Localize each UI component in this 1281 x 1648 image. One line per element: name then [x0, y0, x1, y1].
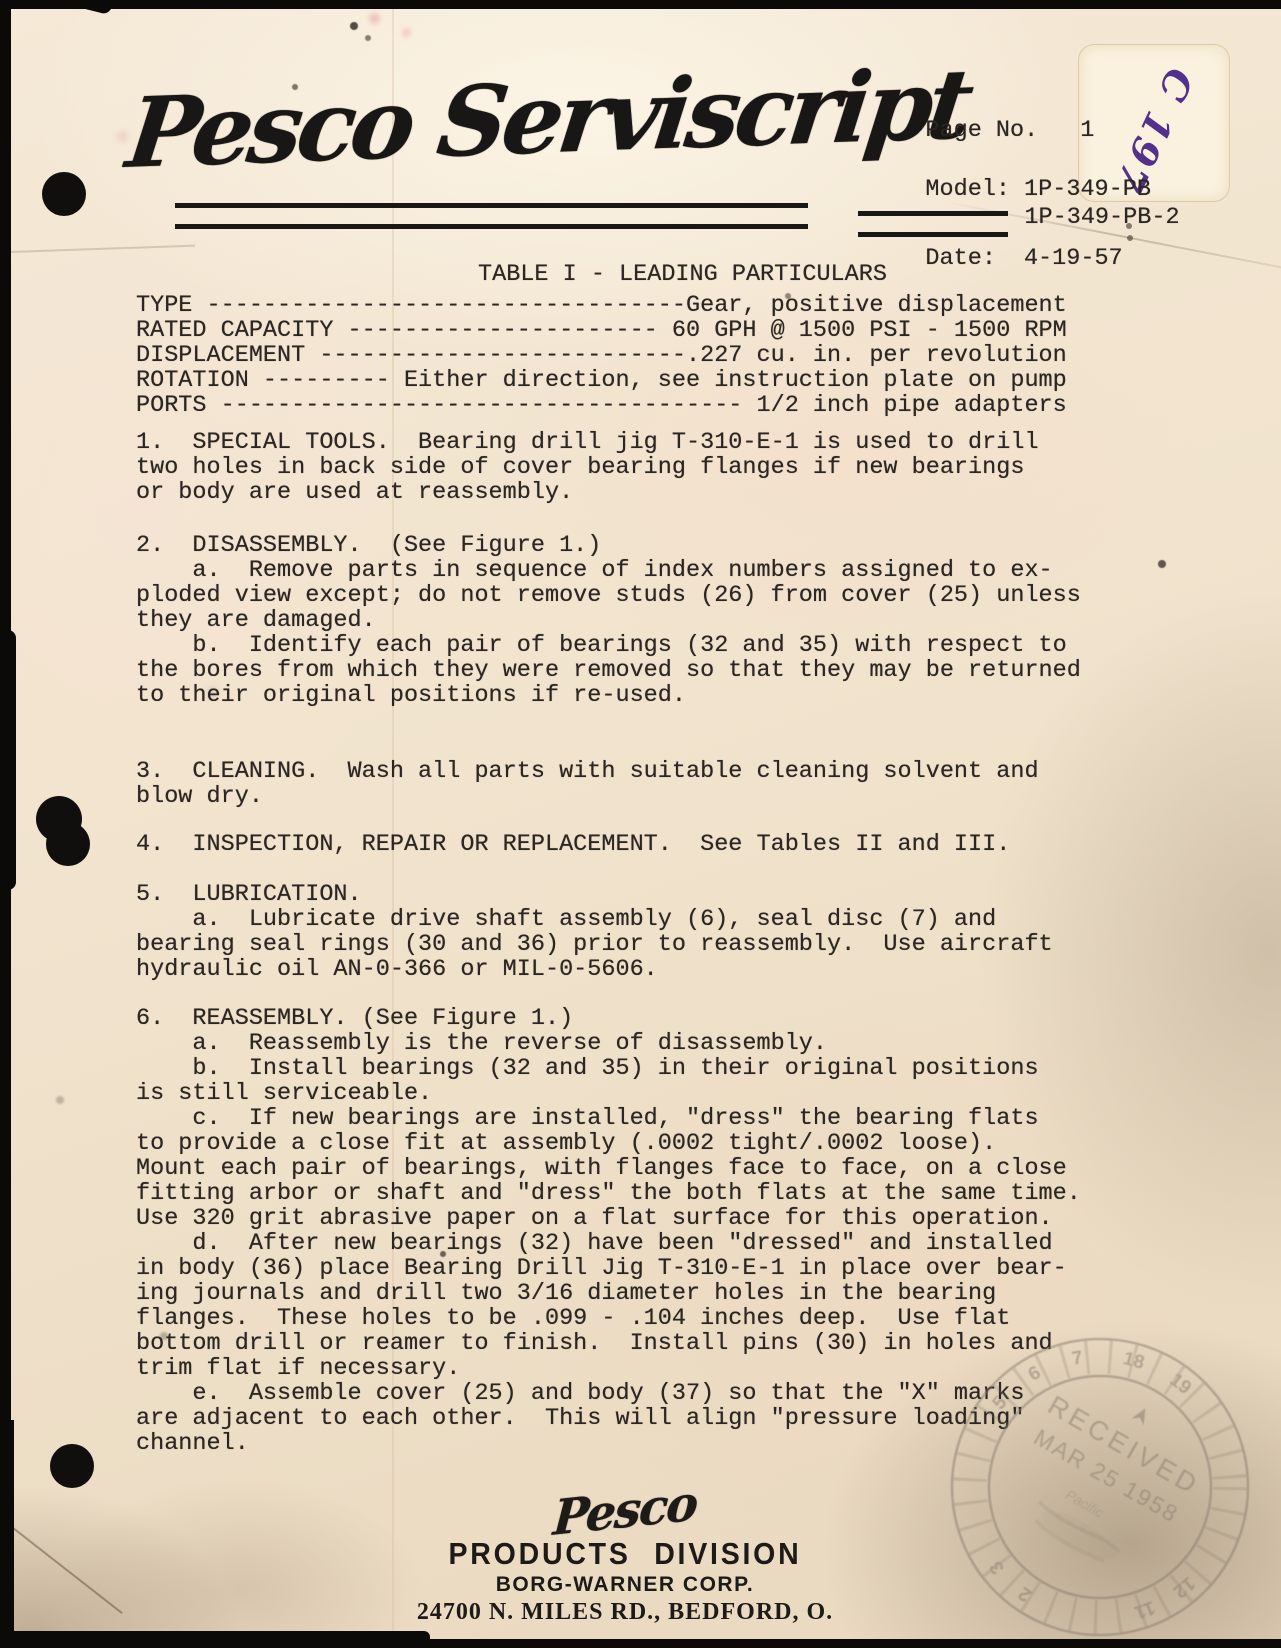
date-label: Date: [925, 245, 996, 272]
page-no-value: 1 [1080, 117, 1094, 144]
stamp-small-text: Pacific [1063, 1486, 1107, 1520]
date-value: 4-19-57 [1024, 245, 1123, 272]
leading-particulars-table: TYPE ----------------------------------G… [136, 293, 1067, 418]
received-stamp: 5 6 7 18 19 2 3 11 12 RECEIVED MAR 25 19… [945, 1332, 1255, 1642]
section-disassembly: 2. DISASSEMBLY. (See Figure 1.) a. Remov… [136, 533, 1081, 708]
pesco-serviscript-logo: Pesco Serviscript [121, 47, 974, 190]
hole-punch-bottom [50, 1444, 94, 1488]
footer-address: 24700 N. MILES RD., BEDFORD, O. [325, 1598, 925, 1626]
footer: Pesco PRODUCTS DIVISION BORG-WARNER CORP… [325, 1486, 925, 1626]
stamp-ink-blot [1035, 1502, 1121, 1567]
section-special-tools: 1. SPECIAL TOOLS. Bearing drill jig T-31… [136, 430, 1039, 505]
stamp-center-content: RECEIVED MAR 25 1958 Pacific [993, 1366, 1219, 1587]
logo-underline-left [175, 203, 808, 229]
date-row: Date:4-19-57 [869, 221, 1123, 296]
page-no-label: Page No. [925, 117, 1038, 144]
hole-punch-top [42, 172, 86, 216]
stamp-ring-number: 2 [1015, 1582, 1036, 1605]
table-title: TABLE I - LEADING PARTICULARS [478, 262, 887, 287]
section-reassembly: 6. REASSEMBLY. (See Figure 1.) a. Reasse… [136, 1006, 1081, 1456]
footer-pesco-logo: Pesco [552, 1478, 698, 1544]
footer-division: PRODUCTS DIVISION [349, 1536, 901, 1572]
section-lubrication: 5. LUBRICATION. a. Lubricate drive shaft… [136, 882, 1053, 982]
section-inspection: 4. INSPECTION, REPAIR OR REPLACEMENT. Se… [136, 832, 1010, 857]
scan-edge-bottom-left [0, 1631, 430, 1648]
footer-company: BORG-WARNER CORP. [325, 1572, 925, 1598]
stamp-ring-number: 7 [1070, 1347, 1084, 1370]
crease-line-left [0, 245, 195, 254]
scanned-service-document: C 197 Pesco Serviscript Page No.1 Model:… [0, 0, 1281, 1648]
stamp-ring-number: 5 [989, 1392, 1012, 1414]
scan-edge-top [0, 0, 1281, 9]
stamp-ring-number: 11 [1131, 1596, 1157, 1623]
stamp-ring-number: 12 [1169, 1572, 1199, 1602]
stamp-ring-number: 18 [1121, 1348, 1147, 1374]
scan-edge-left-blob [0, 630, 16, 890]
scan-edge-left-lower [0, 1420, 14, 1648]
crease-line-corner [3, 1520, 122, 1614]
hole-punch-middle-overlap [46, 822, 90, 866]
section-cleaning: 3. CLEANING. Wash all parts with suitabl… [136, 759, 1039, 809]
stamp-plane-icon [1131, 1405, 1151, 1426]
